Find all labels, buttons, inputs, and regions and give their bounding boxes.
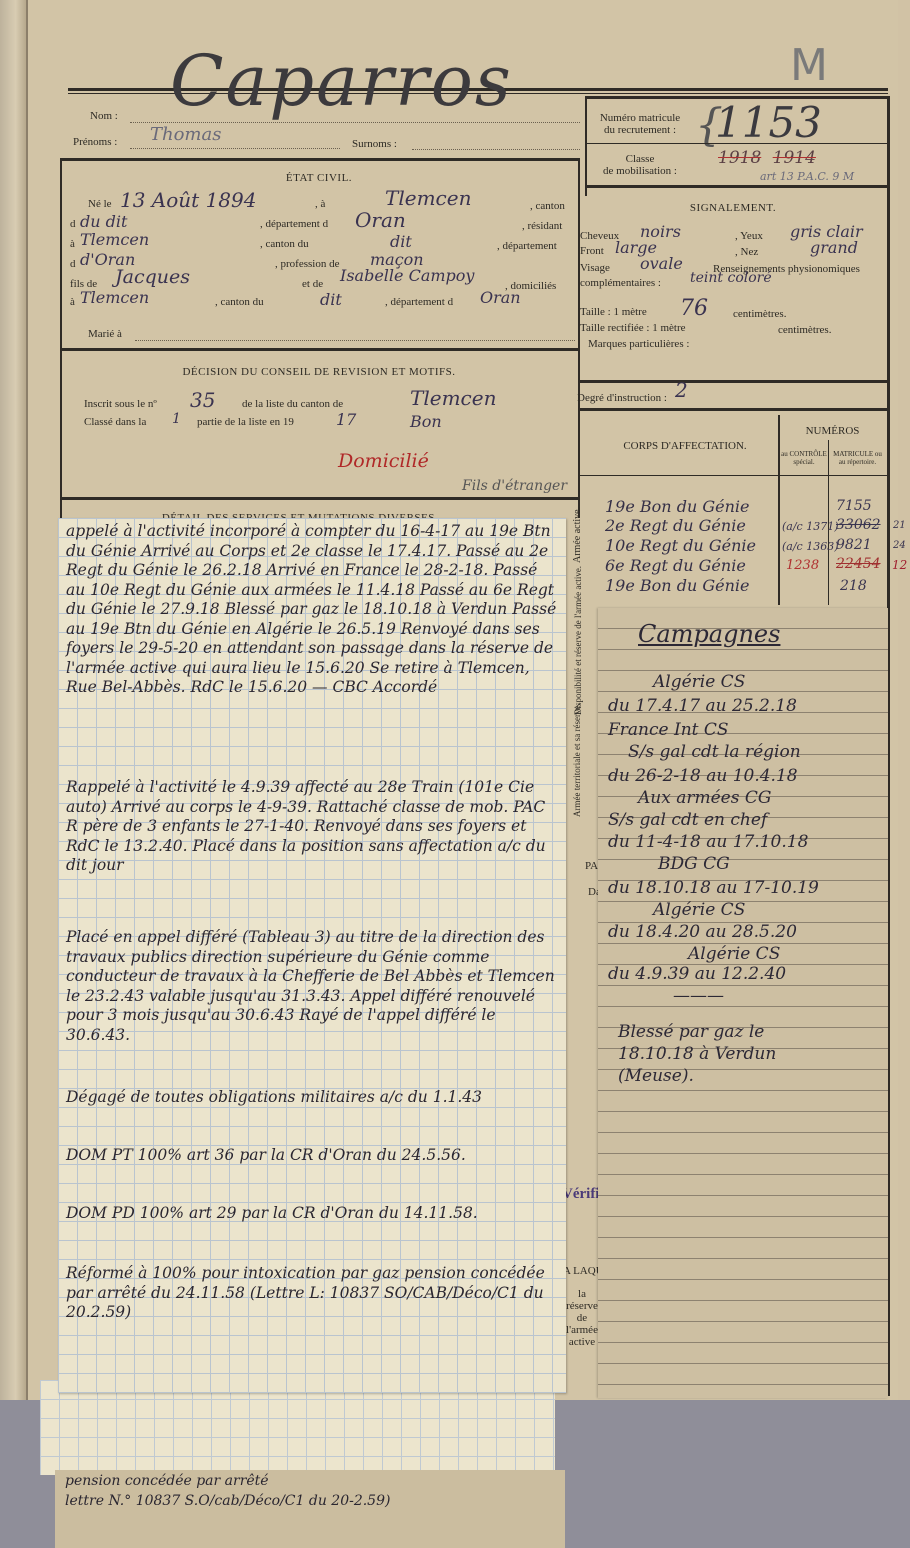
col-matricule: MATRICULE ou au répertoire. bbox=[830, 450, 885, 466]
pere-value: Jacques bbox=[115, 266, 190, 288]
campagne-line: Algérie CS bbox=[688, 944, 910, 964]
campagne-line: (Meuse). bbox=[618, 1066, 893, 1086]
armee-active-label: Armée active. bbox=[572, 505, 583, 565]
decision-canton-value: Tlemcen bbox=[410, 386, 496, 410]
centimetres-label: centimètres. bbox=[733, 308, 786, 320]
marie-label: Marié à bbox=[88, 328, 122, 340]
inscrit-value: 35 bbox=[190, 388, 215, 412]
lieu-naissance: Tlemcen bbox=[385, 186, 471, 210]
campagne-line: du 4.9.39 au 12.2.40 bbox=[608, 964, 883, 984]
front-label: Front bbox=[580, 245, 604, 257]
visage-value: ovale bbox=[640, 254, 683, 273]
grid-paper-fold bbox=[40, 1380, 555, 1475]
inscrit-label: Inscrit sous le nº bbox=[84, 398, 157, 410]
campagne-line: Algérie CS bbox=[653, 672, 910, 692]
corps-row-5-matricule: 218 bbox=[840, 578, 867, 594]
degre-value: 2 bbox=[675, 378, 688, 402]
services-paragraph: DOM PD 100% art 29 par la CR d'Oran du 1… bbox=[66, 1204, 558, 1224]
taille-rectifiee-label: Taille rectifiée : 1 mètre bbox=[580, 322, 686, 334]
canton2-label: , canton du bbox=[260, 238, 309, 250]
partie-label: partie de la liste en 19 bbox=[197, 416, 294, 428]
a-label: , à bbox=[315, 198, 325, 210]
matricule-value: 1153 bbox=[715, 98, 822, 147]
taille-label: Taille : 1 mètre bbox=[580, 306, 647, 318]
matricule-box-left bbox=[585, 96, 587, 196]
campagne-line: du 17.4.17 au 25.2.18 bbox=[608, 696, 883, 716]
nez-value: grand bbox=[810, 238, 858, 257]
corps-top bbox=[578, 408, 888, 411]
corps-row-4: 6e Regt du Génie bbox=[605, 556, 746, 575]
taille-value: 76 bbox=[680, 296, 708, 321]
departement3-label: , département d bbox=[385, 296, 453, 308]
signalement-title: SIGNALEMENT. bbox=[578, 202, 888, 214]
col-controle: au CONTRÔLE spécial. bbox=[780, 450, 828, 466]
canton2-value: dit bbox=[390, 232, 412, 251]
corps-row-4-controle: 1238 bbox=[786, 558, 819, 573]
profession-label: , profession de bbox=[275, 258, 339, 270]
classe-dans-label: Classé dans la bbox=[84, 416, 146, 428]
red-note: Domicilié bbox=[338, 450, 429, 472]
bon-value: Bon bbox=[410, 412, 442, 431]
margin-mark-2: 24 bbox=[893, 540, 906, 551]
et-de-label: et de bbox=[302, 278, 323, 290]
nom-line bbox=[130, 122, 580, 123]
corps-row-4-matricule: 22454 bbox=[836, 556, 881, 572]
bottom-slip-line-1: pension concédée par arrêté bbox=[65, 1472, 269, 1490]
marie-line bbox=[135, 340, 575, 341]
corps-row-3-controle: (a/c 1363) bbox=[782, 540, 839, 553]
campagne-line: du 18.4.20 au 28.5.20 bbox=[608, 922, 883, 942]
decision-note2: Fils d'étranger bbox=[462, 478, 567, 494]
reserve-active-label: la réserve de l'armée active bbox=[562, 1288, 602, 1348]
bottom-slip: pension concédée par arrêté lettre N.° 1… bbox=[55, 1470, 565, 1548]
liste-label: de la liste du canton de bbox=[242, 398, 343, 410]
margin-mark-1: 21 bbox=[893, 520, 906, 531]
corps-row-5: 19e Bon du Génie bbox=[605, 576, 749, 595]
degre-label: Degré d'instruction : bbox=[577, 392, 667, 404]
services-paragraph: Réformé à 100% pour intoxication par gaz… bbox=[66, 1264, 558, 1323]
centimetres2-label: centimètres. bbox=[778, 324, 831, 336]
canton-value: du dit bbox=[80, 212, 127, 231]
classe-values: 1918 1914 bbox=[718, 148, 816, 168]
corps-divider bbox=[778, 415, 780, 605]
ne-le-label: Né le bbox=[88, 198, 112, 210]
campagne-line: BDG CG bbox=[658, 854, 910, 874]
services-grid-paper: appelé à l'activité incorporé à compter … bbox=[58, 518, 566, 1393]
signalement-bottom bbox=[578, 380, 888, 383]
nom-value: Caparros bbox=[170, 40, 513, 122]
corps-header-rule bbox=[578, 475, 888, 476]
campagne-line: ——— bbox=[673, 986, 910, 1006]
corps-row-2-matricule: 33062 bbox=[836, 517, 881, 533]
surnoms-line bbox=[412, 149, 580, 150]
etat-civil-bottom bbox=[60, 348, 580, 351]
complementaires-value: teint coloré bbox=[690, 270, 772, 286]
matricule-box-bottom bbox=[585, 185, 890, 188]
canton3-value: dit bbox=[320, 290, 342, 309]
corps-header: CORPS D'AFFECTATION. bbox=[590, 440, 780, 452]
corps-row-3-matricule: 9821 bbox=[836, 537, 872, 553]
etat-civil-title: ÉTAT CIVIL. bbox=[60, 172, 578, 184]
classe-note: art 13 P.A.C. 9 M bbox=[760, 170, 854, 183]
residant-value: Tlemcen bbox=[80, 230, 149, 249]
corps-row-2-controle: (a/c 1371) bbox=[782, 520, 839, 533]
cheveux-label: Cheveux bbox=[580, 230, 619, 242]
numero-label-2: du recrutement : bbox=[590, 124, 690, 136]
campagne-line: du 26-2-18 au 10.4.18 bbox=[608, 766, 883, 786]
corps-row-2: 2e Regt du Génie bbox=[605, 516, 746, 535]
bottom-slip-line-2: lettre N.° 10837 S.O/cab/Déco/C1 du 20-2… bbox=[65, 1492, 390, 1510]
campagne-line: France Int CS bbox=[608, 720, 883, 740]
campagne-line: 18.10.18 à Verdun bbox=[618, 1044, 893, 1064]
canton-label: , canton bbox=[530, 200, 565, 212]
campagne-line: du 11-4-18 au 17.10.18 bbox=[608, 832, 883, 852]
departement2-label: , département bbox=[497, 240, 557, 252]
binding-edge bbox=[0, 0, 28, 1400]
mere-value: Isabelle Campoy bbox=[340, 266, 474, 285]
margin-mark-3: 12 bbox=[892, 558, 907, 572]
classe-value: 1914 bbox=[773, 148, 816, 168]
prenoms-line bbox=[130, 148, 340, 149]
annee-value: 17 bbox=[336, 410, 356, 429]
corps-row-1: 19e Bon du Génie bbox=[605, 497, 749, 516]
etat-civil-top bbox=[60, 158, 580, 161]
campagne-line: Algérie CS bbox=[653, 900, 910, 920]
nom-label: Nom : bbox=[90, 110, 118, 122]
complementaires-label: complémentaires : bbox=[580, 277, 661, 289]
campagnes-title: Campagnes bbox=[638, 620, 910, 648]
disponibilite-label: Disponibilité et réserve de l'armée acti… bbox=[573, 565, 583, 715]
numero-label-1: Numéro matricule bbox=[590, 112, 690, 124]
nez-label: , Nez bbox=[735, 246, 758, 258]
classe-label-1: Classe bbox=[590, 153, 690, 165]
prenoms-value: Thomas bbox=[150, 124, 221, 145]
domicile-value: Tlemcen bbox=[80, 288, 149, 307]
corps-row-1-matricule: 7155 bbox=[836, 498, 872, 514]
classe-label-2: de mobilisation : bbox=[590, 165, 690, 177]
classe-dans-value: 1 bbox=[172, 411, 181, 427]
territoriale-label: Armée territoriale et sa réserve. bbox=[572, 700, 582, 820]
campagnes-slip: Campagnes Algérie CS du 17.4.17 au 25.2.… bbox=[598, 608, 888, 1398]
campagne-line: S/s gal cdt en chef bbox=[608, 810, 883, 830]
ne-le-value: 13 Août 1894 bbox=[120, 188, 256, 212]
campagne-line: Blessé par gaz le bbox=[618, 1022, 893, 1042]
decision-title: DÉCISION DU CONSEIL DE REVISION ET MOTIF… bbox=[60, 366, 578, 378]
campagne-line: Aux armées CG bbox=[638, 788, 910, 808]
campagne-line: S/s gal cdt la région bbox=[628, 742, 903, 762]
residant-label: , résidant bbox=[522, 220, 562, 232]
decision-bottom bbox=[60, 497, 580, 500]
services-paragraph: Dégagé de toutes obligations militaires … bbox=[66, 1088, 558, 1108]
prenoms-label: Prénoms : bbox=[73, 136, 117, 148]
departement-label: , département d bbox=[260, 218, 328, 230]
marques-label: Marques particulières : bbox=[588, 338, 689, 350]
services-paragraph: Rappelé à l'activité le 4.9.39 affecté a… bbox=[66, 778, 558, 876]
departement-value: Oran bbox=[355, 208, 406, 232]
yeux-label: , Yeux bbox=[735, 230, 763, 242]
matricule-divider bbox=[585, 143, 890, 144]
visage-label: Visage bbox=[580, 262, 610, 274]
services-paragraph: DOM PT 100% art 36 par la CR d'Oran du 2… bbox=[66, 1146, 558, 1166]
services-paragraph: Placé en appel différé (Tableau 3) au ti… bbox=[66, 928, 558, 1045]
corps-row-3: 10e Regt du Génie bbox=[605, 536, 756, 555]
departement3-value: Oran bbox=[480, 288, 521, 307]
services-paragraph: appelé à l'activité incorporé à compter … bbox=[66, 522, 558, 698]
classe-struck: 1918 bbox=[718, 148, 761, 168]
numeros-header: NUMÉROS bbox=[780, 425, 885, 437]
surnoms-label: Surnoms : bbox=[352, 138, 397, 150]
campagne-line: du 18.10.18 au 17-10.19 bbox=[608, 878, 883, 898]
corner-mark: M bbox=[790, 40, 828, 91]
canton3-label: , canton du bbox=[215, 296, 264, 308]
